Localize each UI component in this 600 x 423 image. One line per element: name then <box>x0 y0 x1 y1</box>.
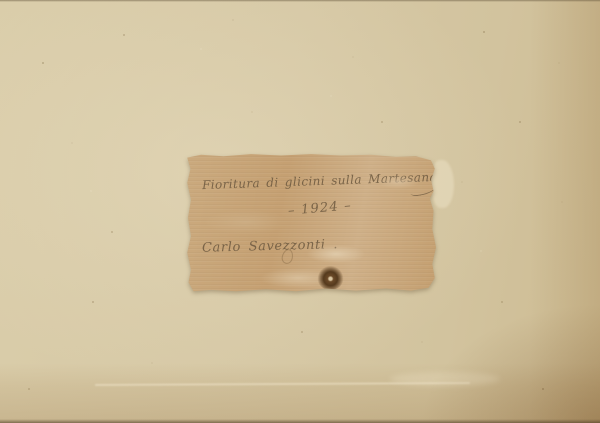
handwritten-signature: Carlo Savezzonti . <box>202 237 338 256</box>
bottom-right-darkening <box>420 303 600 423</box>
photo-bottom-edge <box>0 419 600 423</box>
seal-spot <box>317 265 344 290</box>
photo-artwork-verso: Fioritura di glicini sulla Martesana – 1… <box>0 0 600 423</box>
paper-label: Fioritura di glicini sulla Martesana – 1… <box>186 152 436 292</box>
paper-label-surface: Fioritura di glicini sulla Martesana – 1… <box>186 152 436 292</box>
pen-flourish <box>409 183 436 197</box>
photo-top-edge <box>0 0 600 2</box>
handwritten-title: Fioritura di glicini sulla Martesana <box>202 170 437 192</box>
handwritten-date: – 1924 – <box>287 198 352 219</box>
